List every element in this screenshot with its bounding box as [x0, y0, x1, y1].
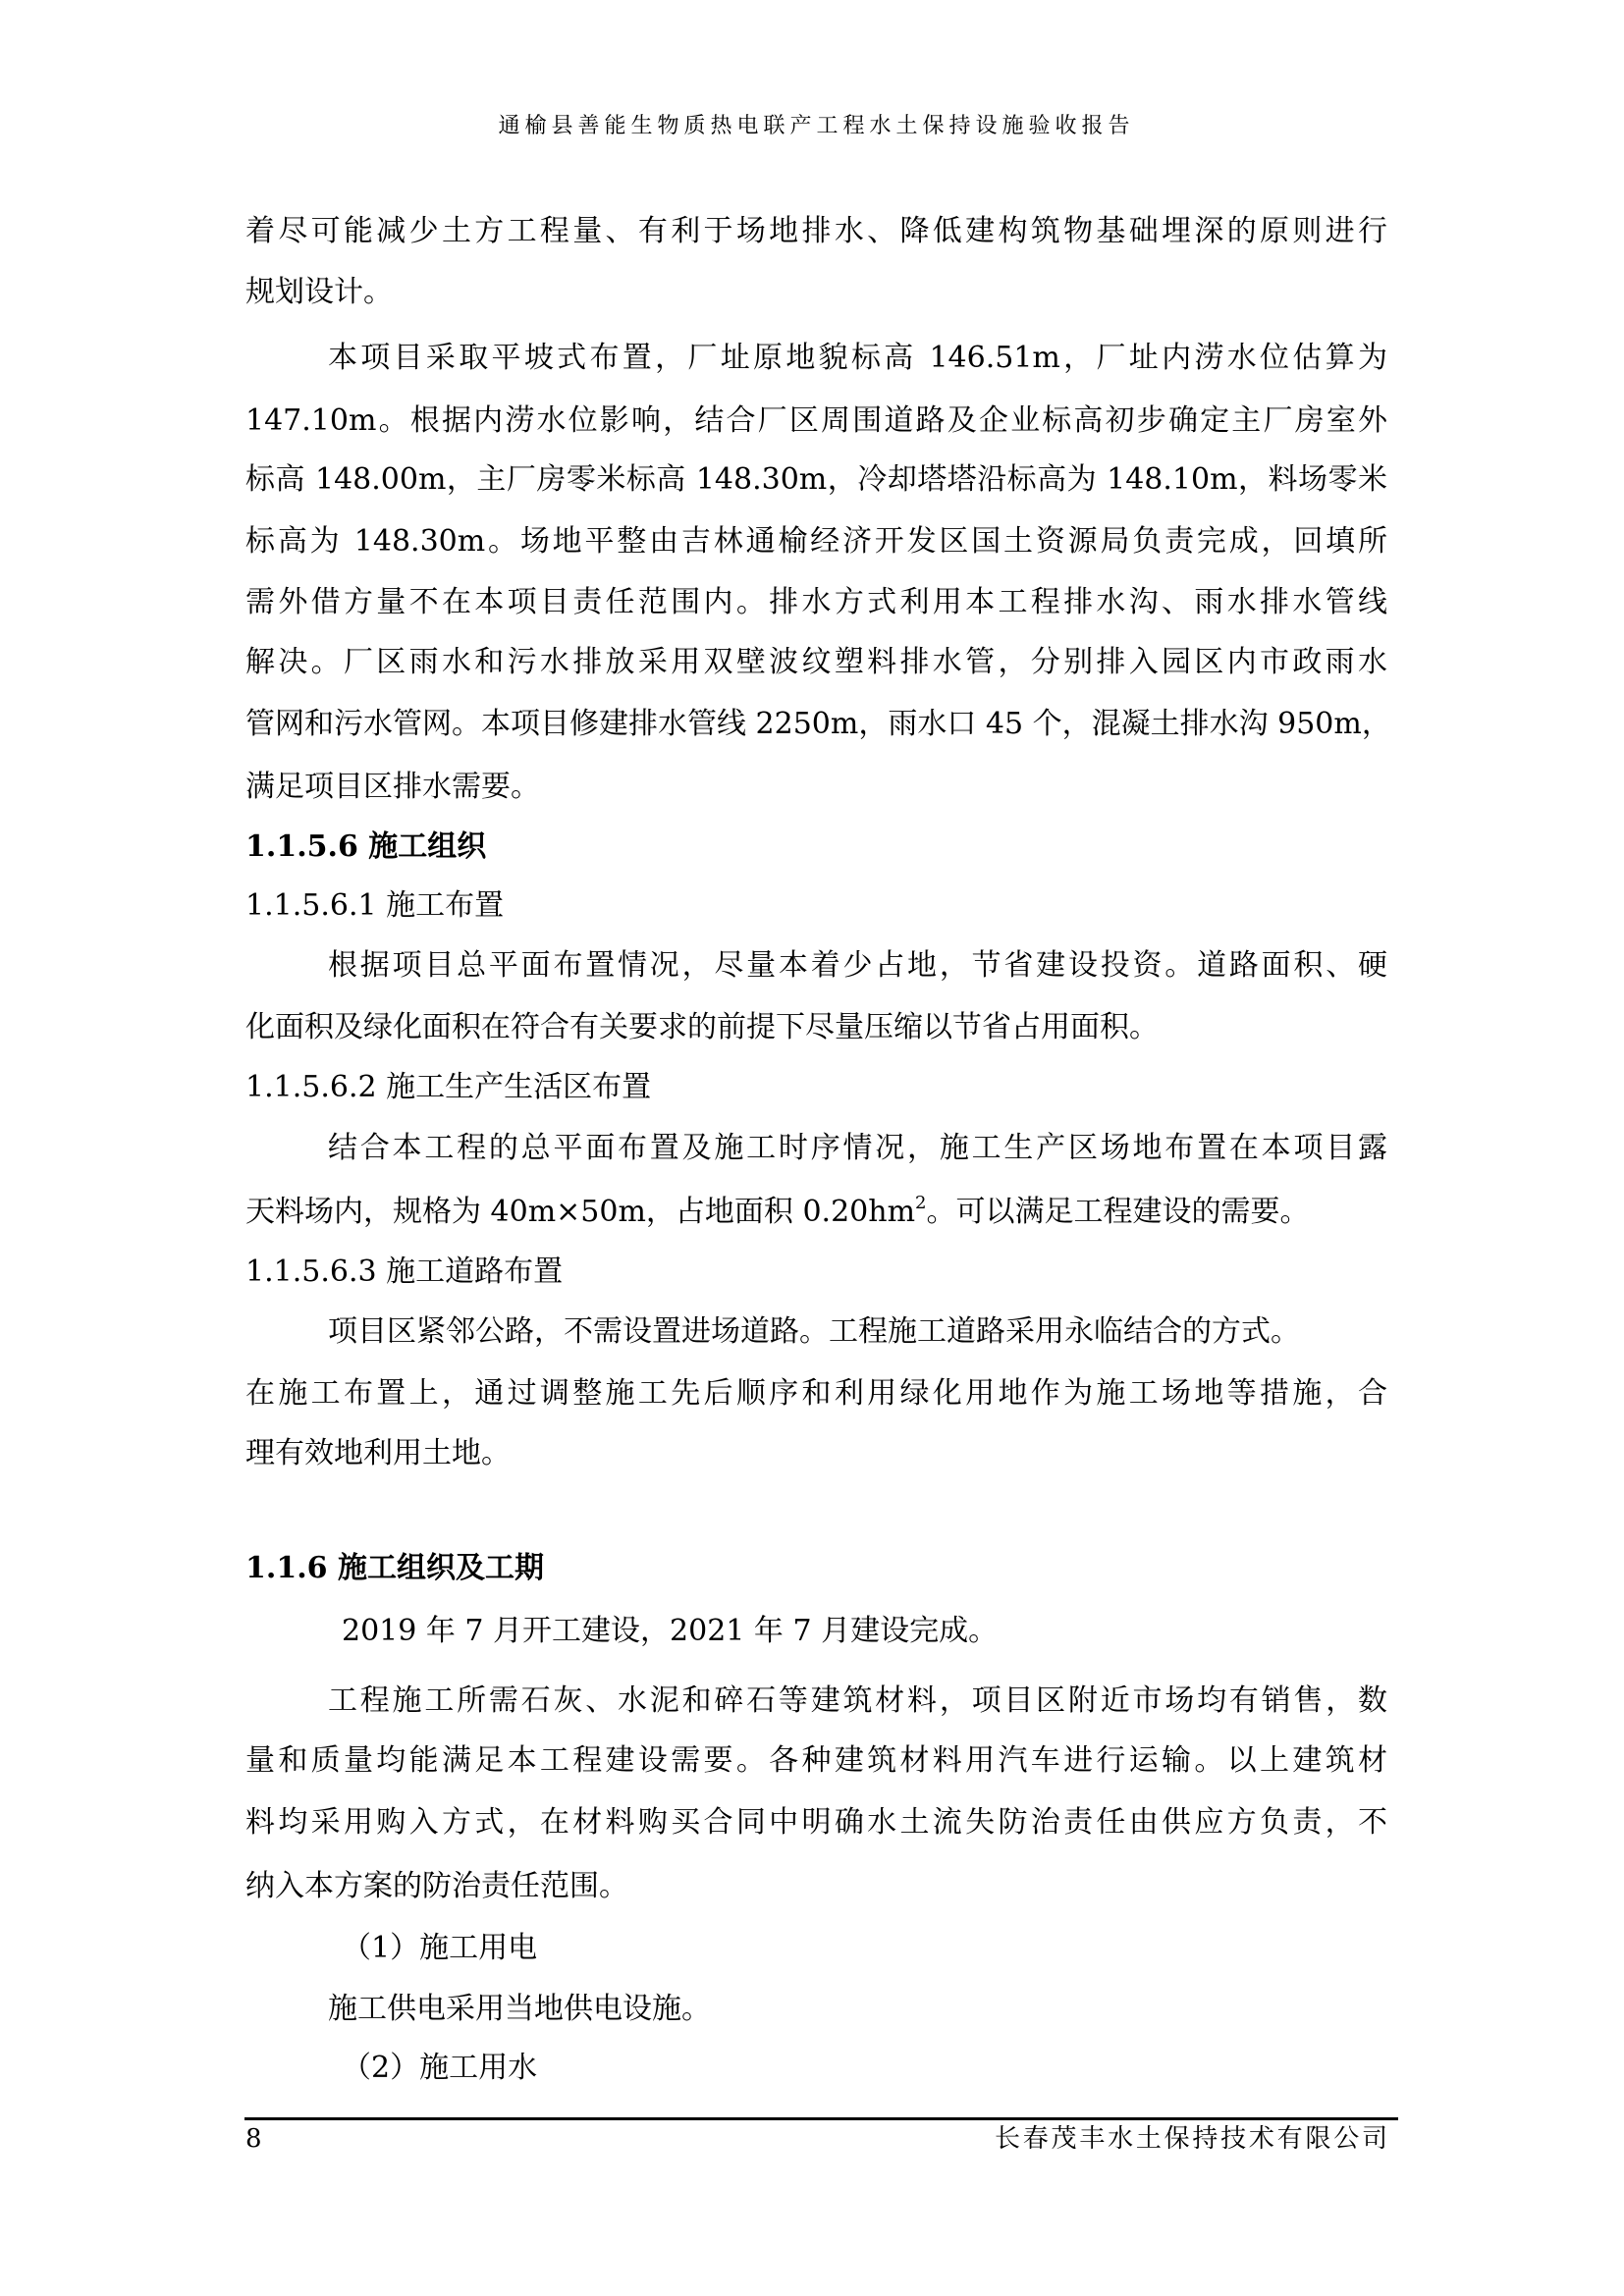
line-text: 天料场内，规格为 40m×50m，占地面积 0.20hm [245, 1195, 915, 1229]
footer-divider [244, 2117, 1398, 2120]
paragraph-line: 料均采用购入方式，在材料购买合同中明确水土流失防治责任由供应方负责，不 [245, 1801, 1387, 1844]
running-header: 通榆县善能生物质热电联产工程水土保持设施验收报告 [245, 112, 1387, 141]
paragraph-line: 根据项目总平面布置情况，尽量本着少占地，节省建设投资。道路面积、硬 [245, 944, 1387, 988]
line-text-tail: 。可以满足工程建设的需要。 [926, 1195, 1309, 1229]
subsection-heading-1-1-5-6-2: 1.1.5.6.2 施工生产生活区布置 [245, 1066, 1387, 1109]
list-heading-water: （2）施工用水 [245, 2047, 1387, 2090]
paragraph-line: 施工供电采用当地供电设施。 [245, 1988, 1387, 2031]
footer-company: 长春茂丰水土保持技术有限公司 [995, 2122, 1387, 2156]
page-number: 8 [245, 2122, 262, 2156]
paragraph-line: 解决。厂区雨水和污水排放采用双壁波纹塑料排水管，分别排入园区内市政雨水 [245, 641, 1387, 684]
subsection-heading-1-1-5-6-1: 1.1.5.6.1 施工布置 [245, 884, 1387, 928]
paragraph-line: 化面积及绿化面积在符合有关要求的前提下尽量压缩以节省占用面积。 [245, 1006, 1387, 1049]
paragraph-line: 天料场内，规格为 40m×50m，占地面积 0.20hm2。可以满足工程建设的需… [245, 1191, 1387, 1234]
section-heading-1-1-6: 1.1.6 施工组织及工期 [245, 1547, 1387, 1590]
paragraph-line: 理有效地利用土地。 [245, 1432, 1387, 1475]
paragraph-line: 标高 148.00m，主厂房零米标高 148.30m，冷却塔塔沿标高为 148.… [245, 458, 1387, 502]
paragraph-line: 管网和污水管网。本项目修建排水管线 2250m，雨水口 45 个，混凝土排水沟 … [245, 703, 1387, 746]
paragraph-line: 2019 年 7 月开工建设，2021 年 7 月建设完成。 [245, 1610, 1387, 1653]
paragraph-line: 规划设计。 [245, 271, 1387, 314]
subsection-heading-1-1-5-6-3: 1.1.5.6.3 施工道路布置 [245, 1251, 1387, 1294]
paragraph-line: 本项目采取平坡式布置，厂址原地貌标高 146.51m，厂址内涝水位估算为 [245, 337, 1387, 380]
paragraph-line: 标高为 148.30m。场地平整由吉林通榆经济开发区国土资源局负责完成，回填所 [245, 520, 1387, 563]
paragraph-line: 项目区紧邻公路，不需设置进场道路。工程施工道路采用永临结合的方式。 [245, 1310, 1387, 1354]
paragraph-line: 量和质量均能满足本工程建设需要。各种建筑材料用汽车进行运输。以上建筑材 [245, 1739, 1387, 1783]
paragraph-line: 纳入本方案的防治责任范围。 [245, 1865, 1387, 1908]
superscript: 2 [915, 1193, 926, 1213]
paragraph-line: 着尽可能减少土方工程量、有利于场地排水、降低建构筑物基础埋深的原则进行 [245, 210, 1387, 253]
paragraph-line: 工程施工所需石灰、水泥和碎石等建筑材料，项目区附近市场均有销售，数 [245, 1680, 1387, 1723]
section-heading-1-1-5-6: 1.1.5.6 施工组织 [245, 826, 1387, 869]
paragraph-line: 结合本工程的总平面布置及施工时序情况，施工生产区场地布置在本项目露 [245, 1127, 1387, 1170]
paragraph-line: 在施工布置上，通过调整施工先后顺序和利用绿化用地作为施工场地等措施，合 [245, 1372, 1387, 1415]
list-heading-power: （1）施工用电 [245, 1927, 1387, 1970]
paragraph-line: 147.10m。根据内涝水位影响，结合厂区周围道路及企业标高初步确定主厂房室外 [245, 400, 1387, 443]
document-page: 通榆县善能生物质热电联产工程水土保持设施验收报告 着尽可能减少土方工程量、有利于… [0, 0, 1624, 2296]
paragraph-line: 满足项目区排水需要。 [245, 766, 1387, 809]
paragraph-line: 需外借方量不在本项目责任范围内。排水方式利用本工程排水沟、雨水排水管线 [245, 581, 1387, 624]
